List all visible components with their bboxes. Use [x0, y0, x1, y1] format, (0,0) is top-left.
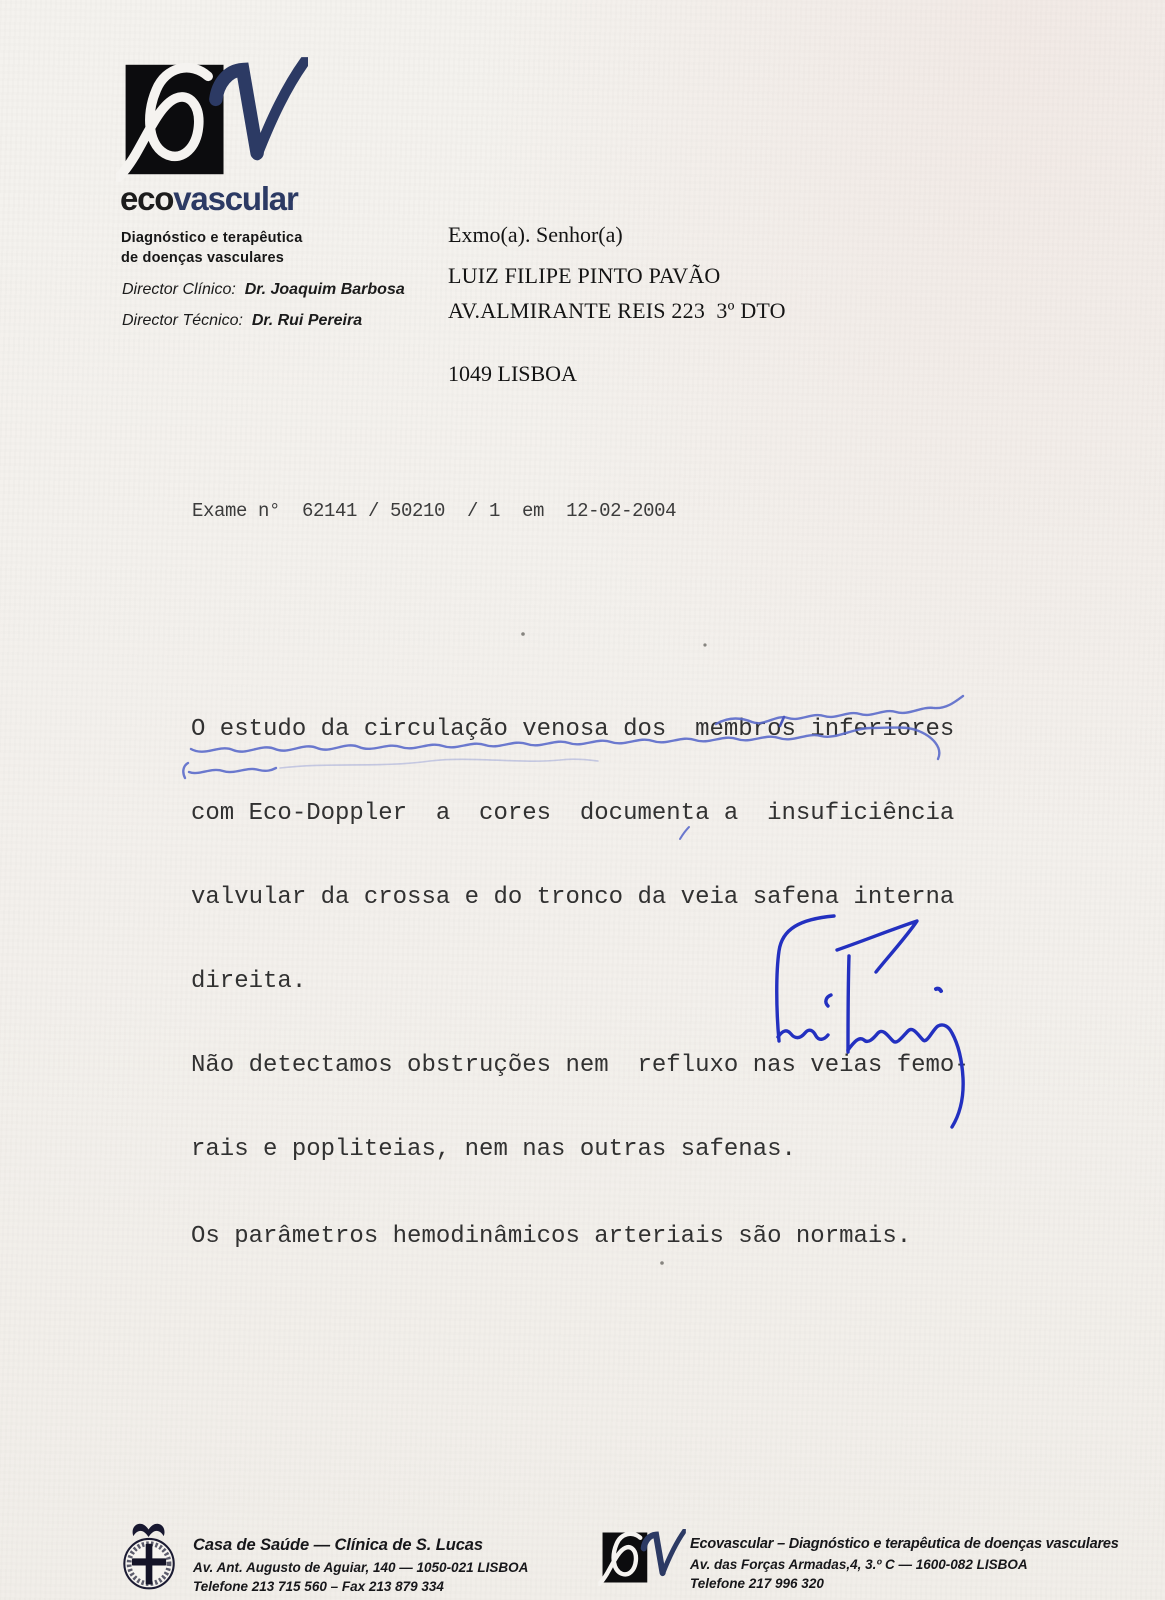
footer-right-phone: Telefone 217 996 320	[690, 1576, 1119, 1591]
footer-left-title: Casa de Saúde — Clínica de S. Lucas	[193, 1536, 528, 1555]
logo-word-vascular: vascular	[173, 180, 297, 217]
body-line: O estudo da circulação venosa dos membro…	[191, 716, 969, 744]
tagline-line2: de doenças vasculares	[121, 248, 302, 268]
director-clinico-label: Director Clínico:	[122, 281, 245, 298]
ecovascular-footer-logo-icon	[598, 1529, 686, 1586]
casa-de-saude-seal-icon	[121, 1520, 178, 1594]
footer-right-address: Av. das Forças Armadas,4, 3.º C — 1600-0…	[690, 1557, 1119, 1572]
body-line: valvular da crossa e do tronco da veia s…	[191, 884, 969, 912]
director-tecnico-name: Dr. Rui Pereira	[252, 312, 362, 329]
addressee-name: LUIZ FILIPE PINTO PAVÃO	[448, 263, 786, 289]
addressee-street: AV.ALMIRANTE REIS 223 3º DTO	[448, 298, 786, 324]
footer-left-address: Av. Ant. Augusto de Aguiar, 140 — 1050-0…	[193, 1560, 528, 1575]
exam-reference-line: Exame n° 62141 / 50210 / 1 em 12-02-2004	[192, 500, 676, 522]
seal-cross-horizontal	[132, 1558, 166, 1565]
director-tecnico-row: Director Técnico: Dr. Rui Pereira	[122, 312, 405, 330]
letter-page: ecovascular Diagnóstico e terapêutica de…	[0, 0, 1165, 1600]
director-clinico-name: Dr. Joaquim Barbosa	[245, 281, 405, 298]
addressee-postal: 1049 LISBOA	[448, 361, 786, 387]
tagline-line1: Diagnóstico e terapêutica	[121, 228, 302, 248]
director-tecnico-label: Director Técnico:	[122, 312, 252, 329]
body-line: com Eco-Doppler a cores documenta a insu…	[191, 800, 969, 828]
logo-wordmark: ecovascular	[120, 180, 298, 218]
directors-block: Director Clínico: Dr. Joaquim Barbosa Di…	[122, 281, 405, 343]
clinic-tagline: Diagnóstico e terapêutica de doenças vas…	[121, 228, 302, 268]
footer-left-phone: Telefone 213 715 560 – Fax 213 879 334	[193, 1579, 528, 1594]
footer-left-block: Casa de Saúde — Clínica de S. Lucas Av. …	[193, 1536, 528, 1594]
footer-right-title: Ecovascular – Diagnóstico e terapêutica …	[690, 1536, 1119, 1552]
ecovascular-logo-icon	[116, 57, 308, 182]
body-line: direita.	[191, 968, 969, 996]
body-line: rais e popliteias, nem nas outras safena…	[191, 1136, 969, 1164]
director-clinico-row: Director Clínico: Dr. Joaquim Barbosa	[122, 281, 405, 299]
addressee-block: Exmo(a). Senhor(a) LUIZ FILIPE PINTO PAV…	[448, 222, 786, 387]
body-line: Os parâmetros hemodinâmicos arteriais sã…	[191, 1223, 969, 1251]
body-line: Não detectamos obstruções nem refluxo na…	[191, 1052, 969, 1080]
seal-horns-icon	[133, 1524, 165, 1537]
logo-word-eco: eco	[120, 180, 173, 217]
footer-right-block: Ecovascular – Diagnóstico e terapêutica …	[690, 1536, 1119, 1591]
salutation: Exmo(a). Senhor(a)	[448, 222, 786, 248]
report-body: O estudo da circulação venosa dos membro…	[191, 660, 969, 1307]
